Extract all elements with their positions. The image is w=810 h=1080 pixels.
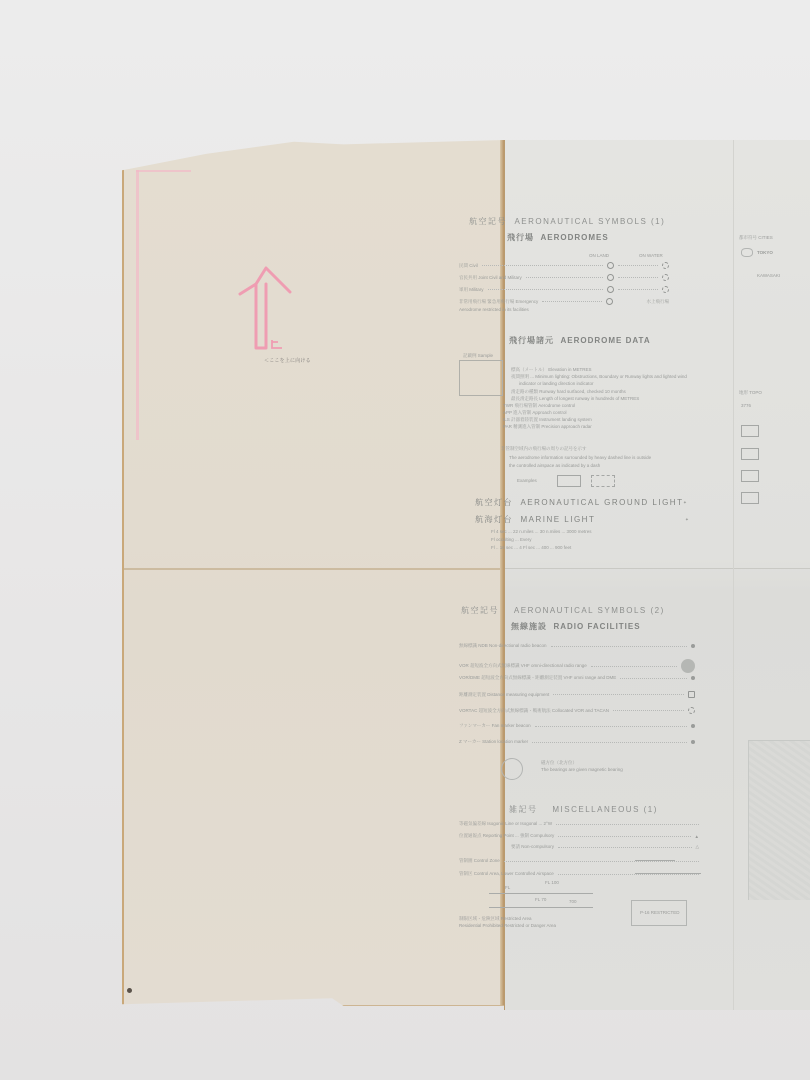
diagram-label: FL 100: [545, 880, 559, 885]
compass-label-en: The bearings are given magnetic bearing: [541, 767, 623, 772]
controlled-airspace-note-jp: 非管制空域内の飛行場の周りの記号を示す: [501, 446, 587, 452]
topo-symbol-box: [741, 470, 759, 482]
right-panel-legend-sheet: 航空記号 AERONAUTICAL SYMBOLS (1) 飛行場 AERODR…: [504, 140, 810, 1010]
control-zone-line: [635, 860, 675, 861]
radio-facility-row: VORTAC 超短波全方向式無線標識・戦術航法 Collocated VOR a…: [459, 707, 695, 714]
diagram-line: [489, 893, 593, 894]
misc-row-control-zone: 管制圏 Control Zone: [459, 858, 699, 864]
filled-triangle-icon: ▲: [695, 834, 699, 839]
city-tokyo: TOKYO: [757, 250, 773, 255]
aerodrome-data-item: APP 進入管制 Approach control: [503, 410, 566, 416]
aerodrome-row-joint: 官民共用 Joint Civil and Military: [459, 274, 669, 281]
marine-light-symbol-icon: ✦: [685, 517, 689, 523]
city-kawasaki: KAWASAKI: [757, 273, 780, 278]
aerodrome-data-item: PAR 精測進入管制 Precision approach radar: [503, 424, 592, 430]
aerodrome-data-item: 夜間照明 ... Minimum lighting: Obstructions,…: [511, 374, 687, 380]
heading-miscellaneous: 雑記号 MISCELLANEOUS (1): [509, 804, 658, 815]
aerodrome-data-item: 滑走路の種類 Runway hard surfaced, checked 10 …: [511, 389, 626, 395]
topo-symbol-box: [741, 492, 759, 504]
vor-compass-rose-icon: [681, 659, 695, 673]
civil-water-symbol-icon: [662, 262, 669, 269]
horizontal-fold-crease: [505, 568, 810, 569]
radio-facility-row: VOR/DME 超短波全方向式無線標識・距離測定装置 VHF omni rang…: [459, 675, 695, 681]
diagram-line: [489, 907, 593, 908]
aerodrome-data-item: TWR 飛行場管制 Aerodrome control: [503, 403, 575, 409]
open-triangle-icon: △: [696, 844, 699, 850]
aerodrome-row-military: 軍用 Military: [459, 286, 669, 293]
left-panel-folded-paper: ＜ここを上に向ける: [122, 140, 504, 1006]
marine-light-row: Fl 4 sec ... 22 n.miles ... 30 n.miles .…: [491, 529, 592, 534]
cities-heading: 都市符号 CITIES: [739, 235, 773, 241]
military-land-symbol-icon: [607, 286, 614, 293]
heading-aerodrome-data: 飛行場諸元 AERODROME DATA: [509, 335, 651, 346]
column-divider: [733, 140, 734, 1010]
topo-heading: 地形 TOPO: [739, 390, 762, 396]
fan-marker-symbol-icon: [691, 724, 695, 728]
radio-facility-row: ファンマーカー Fan marker beacon: [459, 723, 695, 729]
star-symbol-icon: ✦: [683, 500, 687, 506]
example-box-dashed: [591, 475, 615, 487]
section-title-aeronautical-symbols-2: 航空記号 AERONAUTICAL SYMBOLS (2): [461, 605, 665, 616]
emergency-land-symbol-icon: [606, 298, 613, 305]
heading-radio-facilities: 無線施設 RADIO FACILITIES: [511, 621, 641, 632]
pink-marker-stroke: [136, 170, 139, 440]
vortac-symbol-icon: [688, 707, 695, 714]
aerodrome-row-emergency: 非常用飛行場 緊急用飛行場 Emergency 水上飛行場: [459, 298, 669, 305]
joint-water-symbol-icon: [662, 274, 669, 281]
aerodrome-data-item: ILS 計器着陸装置 Instrument landing system: [503, 417, 592, 423]
radio-facility-row: 無線標識 NDB Non-directional radio beacon: [459, 643, 695, 649]
compass-label-jp: 磁方位（北方位）: [541, 760, 577, 766]
civil-land-symbol-icon: [607, 262, 614, 269]
aerodrome-data-sample-box: [459, 360, 503, 396]
city-outline-icon: [741, 248, 753, 257]
controlled-airspace-note-en: The aerodrome information surrounded by …: [509, 455, 651, 460]
marine-light-row: Fl occulting ... Every: [491, 537, 532, 542]
misc-row-reporting-noncompulsory: 要請 Non-compulsory △: [511, 844, 699, 850]
misc-row-restricted: 制限区域・危険区域 Restricted Area: [459, 916, 532, 922]
aerodrome-data-item: 標高（メートル） Elevation in METRES: [511, 367, 592, 373]
aerodrome-data-item: 最長滑走路長 Length of longest runway in hundr…: [511, 396, 639, 402]
topo-symbol-box: [741, 425, 759, 437]
aerodrome-data-item: indicator or landing direction indicator: [519, 381, 594, 386]
joint-land-symbol-icon: [607, 274, 614, 281]
heading-aeronautical-ground-light: 航空灯台 AERONAUTICAL GROUND LIGHT: [475, 497, 683, 508]
spot-height: 3776: [741, 403, 751, 408]
topo-symbol-box: [741, 448, 759, 460]
pin-hole: [127, 988, 132, 993]
ndb-symbol-icon: [691, 644, 695, 648]
pink-marker-top-stroke: [136, 170, 191, 172]
vor-dme-symbol-icon: [691, 676, 695, 680]
horizontal-fold-crease: [124, 568, 504, 570]
aerodrome-row-civil: 民間 Civil: [459, 262, 669, 269]
index-map-inset: [748, 740, 810, 900]
misc-row-isogonic: 等磁気偏差線 Isogonic Line or Isogonal ... 2°W: [459, 821, 699, 827]
control-area-line: [635, 873, 701, 874]
misc-row-control-area: 管制区 Control Area, Lower Controlled Airsp…: [459, 871, 699, 877]
marine-light-row: Fl .. 16 sec ... 4 Fl sec ... 400 ... 90…: [491, 545, 571, 550]
up-arrow-icon: [236, 262, 296, 354]
radio-facility-row: Z マーカー Station location marker: [459, 739, 695, 745]
aerodrome-emergency-note: Aerodrome restricted in its facilities: [459, 307, 529, 312]
examples-label: Examples: [517, 478, 537, 483]
example-box-solid: [557, 475, 581, 487]
heading-marine-light: 航海灯台 MARINE LIGHT: [475, 514, 595, 525]
diagram-label: FL 70: [535, 897, 546, 902]
dme-symbol-icon: [688, 691, 695, 698]
heading-aerodromes: 飛行場 AERODROMES: [507, 232, 609, 243]
military-water-symbol-icon: [662, 286, 669, 293]
column-header-on-land: ON LAND: [589, 253, 609, 258]
radio-facility-row: 距離測定装置 Distance measuring equipment: [459, 691, 695, 698]
radio-facility-row: VOR 超短波全方向式無線標識 VHF omni-directional rad…: [459, 659, 695, 673]
section-title-aeronautical-symbols-1: 航空記号 AERONAUTICAL SYMBOLS (1): [469, 216, 665, 227]
diagram-label: FL: [505, 885, 510, 890]
column-header-on-water: ON WATER: [639, 253, 663, 258]
z-marker-symbol-icon: [691, 740, 695, 744]
restricted-area-box: P-16 RESTRICTED: [631, 900, 687, 926]
misc-row-restricted-en: Residential Prohibited Restricted or Dan…: [459, 923, 556, 928]
compass-rose-icon: [501, 758, 523, 780]
diagram-label: 700: [569, 899, 577, 904]
controlled-airspace-note-en: the controlled airspace as indicated by …: [509, 463, 600, 468]
aerodrome-data-sample-label: 記載例 Sample: [463, 353, 493, 359]
misc-row-reporting-compulsory: 位置通報点 Reporting Point ... 強制 Compulsory …: [459, 833, 699, 839]
pencil-note: ＜ここを上に向ける: [264, 358, 311, 364]
